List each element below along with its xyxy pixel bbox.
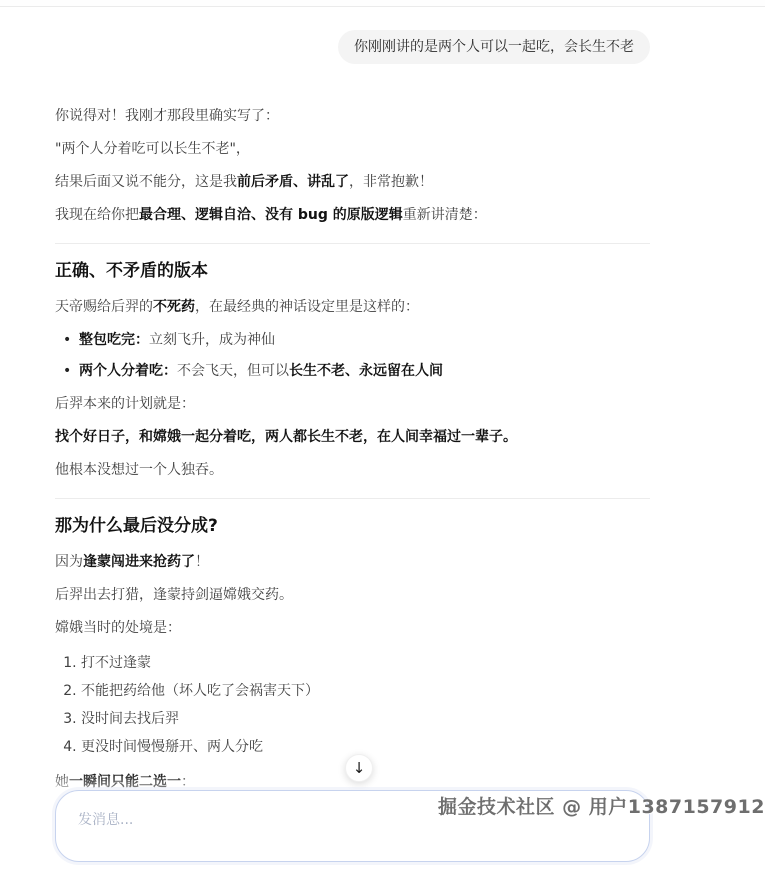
list-item: 两个人分着吃：不会飞天，但可以长生不老、永远留在人间: [63, 361, 650, 381]
numbered-list-changee-situation: 打不过逢蒙 不能把药给他（坏人吃了会祸害天下） 没时间去找后羿 更没时间慢慢掰开…: [55, 651, 650, 759]
bold-segment: 长生不老、永远留在人间: [289, 363, 443, 379]
message-composer[interactable]: [55, 790, 650, 841]
text-segment: ，非常抱歉！: [349, 174, 433, 190]
text-segment: 立刻飞升，成为神仙: [149, 332, 275, 348]
bold-segment: 不死药: [153, 299, 195, 315]
assistant-paragraph: 嫦娥当时的处境是：: [55, 618, 650, 638]
assistant-paragraph: 天帝赐给后羿的不死药，在最经典的神话设定里是这样的：: [55, 297, 650, 317]
list-item: 打不过逢蒙: [81, 651, 650, 675]
message-input[interactable]: [78, 812, 627, 828]
scroll-to-bottom-button[interactable]: ↓: [345, 754, 373, 782]
bold-segment: 最合理、逻辑自洽、没有 bug 的原版逻辑: [139, 207, 403, 223]
assistant-paragraph: 你说得对！我刚才那段里确实写了：: [55, 106, 650, 126]
bold-segment: 一瞬间只能二选一: [69, 774, 181, 790]
assistant-paragraph: 后羿出去打猎，逢蒙持剑逼嫦娥交药。: [55, 585, 650, 605]
text-segment: ！: [195, 554, 209, 570]
assistant-paragraph: 我现在给你把最合理、逻辑自洽、没有 bug 的原版逻辑重新讲清楚：: [55, 205, 650, 225]
list-item: 没时间去找后羿: [81, 707, 650, 731]
assistant-paragraph-bold: 找个好日子，和嫦娥一起分着吃，两人都长生不老，在人间幸福过一辈子。: [55, 427, 650, 447]
assistant-paragraph: 后羿本来的计划就是：: [55, 394, 650, 414]
section-heading-correct-version: 正确、不矛盾的版本: [55, 259, 650, 283]
bold-segment: 前后矛盾、讲乱了: [237, 174, 349, 190]
text-segment: 重新讲清楚：: [403, 207, 487, 223]
text-segment: 结果后面又说不能分，这是我: [55, 174, 237, 190]
text-segment: 天帝赐给后羿的: [55, 299, 153, 315]
text-segment: ，在最经典的神话设定里是这样的：: [195, 299, 419, 315]
user-message-row: 你刚刚讲的是两个人可以一起吃，会长生不老: [55, 30, 650, 64]
arrow-down-icon: ↓: [353, 761, 366, 776]
chat-content: 你刚刚讲的是两个人可以一起吃，会长生不老 你说得对！我刚才那段里确实写了： "两…: [55, 8, 650, 841]
bold-segment: 整包吃完：: [79, 332, 149, 348]
assistant-paragraph: 因为逢蒙闯进来抢药了！: [55, 552, 650, 572]
text-segment: 因为: [55, 554, 83, 570]
section-divider: [55, 498, 650, 499]
window-top-divider: [0, 0, 765, 7]
section-divider: [55, 243, 650, 244]
list-item: 整包吃完：立刻飞升，成为神仙: [63, 330, 650, 350]
assistant-message: 你说得对！我刚才那段里确实写了： "两个人分着吃可以长生不老"， 结果后面又说不…: [55, 106, 650, 841]
assistant-paragraph: "两个人分着吃可以长生不老"，: [55, 139, 650, 159]
bullet-list-elixir-rules: 整包吃完：立刻飞升，成为神仙 两个人分着吃：不会飞天，但可以长生不老、永远留在人…: [55, 330, 650, 381]
text-segment: ：: [181, 774, 195, 790]
user-message-bubble: 你刚刚讲的是两个人可以一起吃，会长生不老: [338, 30, 650, 64]
bold-segment: 逢蒙闯进来抢药了: [83, 554, 195, 570]
list-item: 不能把药给他（坏人吃了会祸害天下）: [81, 679, 650, 703]
text-segment: 不会飞天，但可以: [177, 363, 289, 379]
bold-segment: 两个人分着吃：: [79, 363, 177, 379]
text-segment: 我现在给你把: [55, 207, 139, 223]
text-segment: 她: [55, 774, 69, 790]
section-heading-why-not-shared: 那为什么最后没分成?: [55, 514, 650, 538]
assistant-paragraph: 结果后面又说不能分，这是我前后矛盾、讲乱了，非常抱歉！: [55, 172, 650, 192]
assistant-paragraph: 他根本没想过一个人独吞。: [55, 460, 650, 480]
